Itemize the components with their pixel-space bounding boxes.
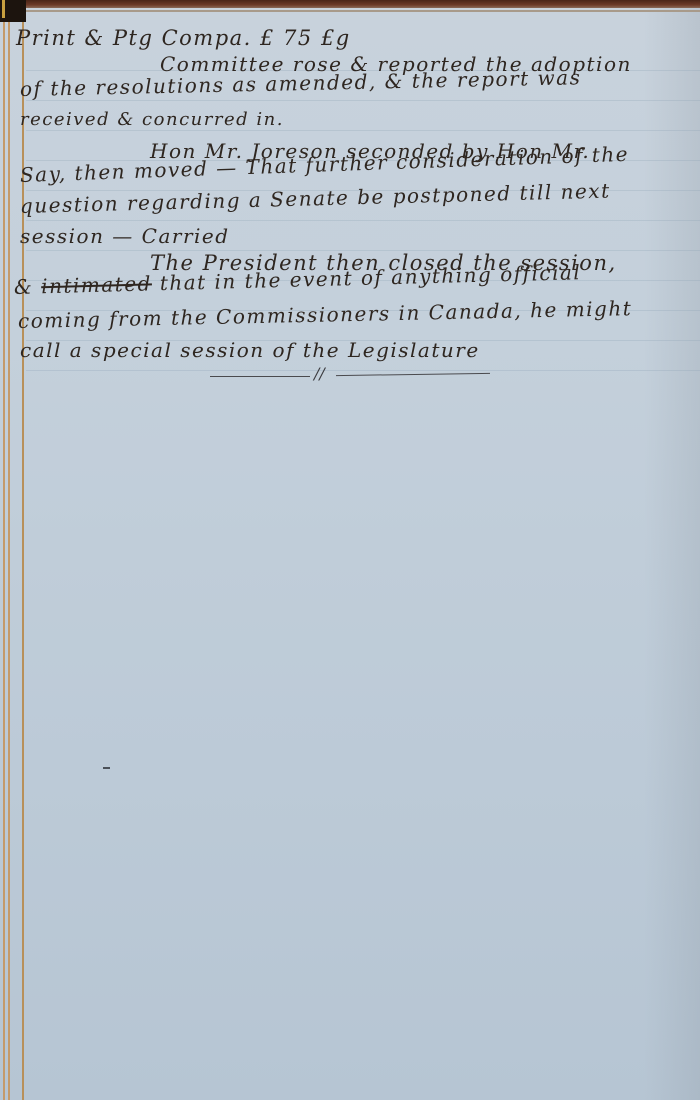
- ink-speck: [103, 767, 110, 769]
- ruled-line: [26, 100, 700, 101]
- manuscript-line: question regarding a Senate be postponed…: [20, 181, 611, 216]
- separator-rule-right: [336, 373, 490, 376]
- manuscript-page: Print & Ptg Compa. £ 75 £g Committee ros…: [0, 0, 700, 1100]
- margin-rule: [3, 22, 5, 1100]
- binding-gilt-accent: [2, 0, 5, 18]
- margin-note: Print & Ptg Compa. £ 75 £g: [16, 28, 351, 49]
- ruled-line: [26, 130, 700, 131]
- margin-rule: [8, 22, 10, 1100]
- manuscript-line: coming from the Commissioners in Canada,…: [18, 298, 633, 331]
- separator-rule-left: [210, 376, 310, 377]
- section-separator: //: [210, 368, 490, 382]
- manuscript-line: of the resolutions as amended, & the rep…: [20, 67, 582, 99]
- struck-word: intimated: [41, 271, 152, 298]
- top-page-rule: [26, 10, 700, 12]
- manuscript-line: call a special session of the Legislatur…: [20, 340, 480, 360]
- manuscript-line: session — Carried: [20, 226, 230, 246]
- ruled-line: [26, 220, 700, 221]
- separator-mark: //: [314, 364, 325, 383]
- line-prefix: &: [14, 274, 42, 299]
- manuscript-line: received & concurred in.: [20, 111, 284, 129]
- book-binding-edge: [0, 0, 700, 8]
- binding-corner: [0, 0, 26, 22]
- manuscript-line: & intimated that in the event of anythin…: [14, 262, 582, 297]
